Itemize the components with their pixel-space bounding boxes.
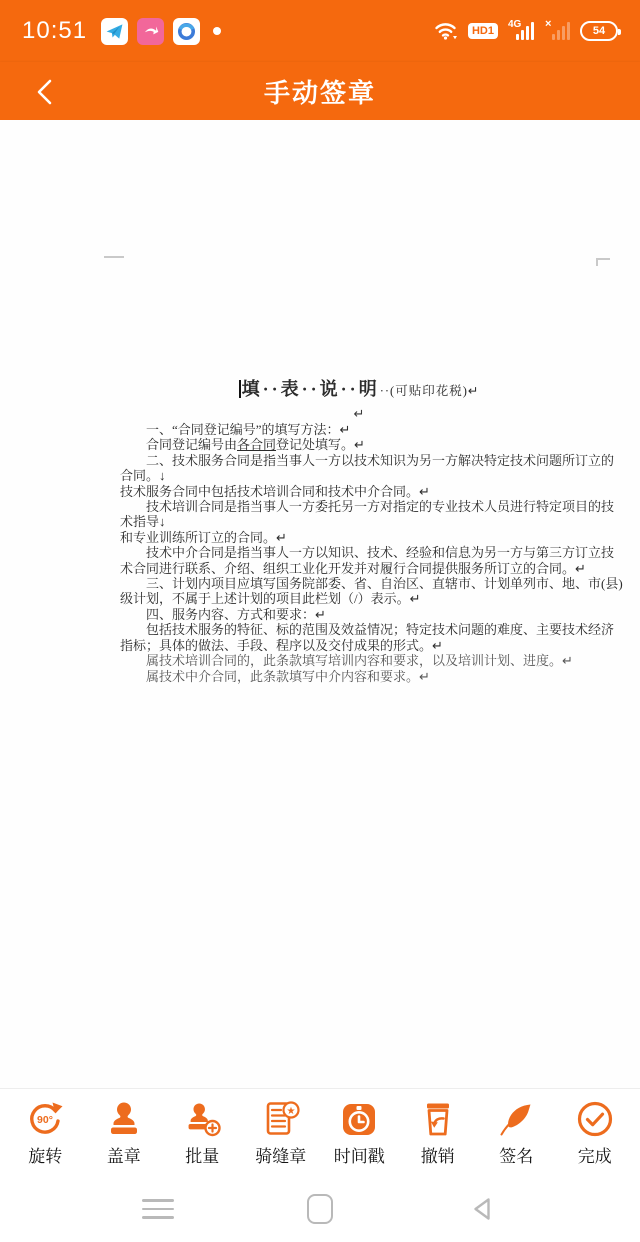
more-notifications-dot xyxy=(213,27,221,35)
page-corner-mark xyxy=(596,258,610,260)
undo-delete-icon xyxy=(418,1099,458,1139)
doc-line: 和专业训练所订立的合同。↵ xyxy=(120,530,598,545)
back-triangle-icon xyxy=(467,1194,497,1224)
document-title-note: ··(可贴印花税)↵ xyxy=(380,384,480,398)
rotate-90-icon: 90° xyxy=(25,1099,65,1139)
page-title: 手动签章 xyxy=(0,73,640,110)
wifi-icon xyxy=(434,21,458,41)
doc-line: 三、计划内项目应填写国务院部委、省、自治区、直辖市、计划单列市、地、市(县) xyxy=(120,576,598,591)
text-cursor xyxy=(239,380,241,398)
doc-line: 二、技术服务合同是指当事人一方以技术知识为另一方解决特定技术问题所订立的 xyxy=(120,453,598,468)
signature-icon xyxy=(496,1099,536,1139)
tool-label: 签名 xyxy=(499,1142,533,1167)
battery-icon: 54 xyxy=(580,21,618,41)
timestamp-button[interactable]: 时间戳 xyxy=(323,1099,395,1167)
timestamp-icon xyxy=(339,1099,379,1139)
home-icon xyxy=(307,1194,333,1224)
document-page[interactable]: 填··表··说··明··(可贴印花税)↵ ↵ 一、“合同登记编号”的填写方法：↵… xyxy=(0,120,640,1088)
doc-line: 合同登记编号由各合同登记处填写。↵ xyxy=(120,437,598,452)
android-back-button[interactable] xyxy=(460,1189,504,1229)
tool-label: 完成 xyxy=(578,1142,612,1167)
page-corner-mark xyxy=(104,256,124,258)
paragraph-mark: ↵ xyxy=(120,406,598,421)
document-title: 填··表··说··明 xyxy=(242,379,380,399)
tool-label: 旋转 xyxy=(28,1142,62,1167)
telegram-app-icon xyxy=(101,18,128,45)
android-nav-bar xyxy=(0,1176,640,1242)
done-button[interactable]: 完成 xyxy=(559,1099,631,1167)
sim2-no-signal-icon: × xyxy=(544,20,570,42)
batch-stamp-button[interactable]: 批量 xyxy=(166,1099,238,1167)
tool-label: 批量 xyxy=(185,1142,219,1167)
signature-button[interactable]: 签名 xyxy=(480,1099,552,1167)
stamp-button[interactable]: 盖章 xyxy=(88,1099,160,1167)
recents-button[interactable] xyxy=(136,1189,180,1229)
recents-icon xyxy=(142,1199,174,1219)
clock: 10:51 xyxy=(22,17,87,45)
status-bar: 10:51 HD1 4G xyxy=(0,0,640,62)
svg-text:★: ★ xyxy=(286,1105,295,1116)
rotate-button[interactable]: 90° 旋转 xyxy=(9,1099,81,1167)
doc-line: 合同。↓ xyxy=(120,468,598,483)
doc-line: 包括技术服务的特征、标的范围及效益情况；特定技术问题的难度、主要技术经济 xyxy=(120,622,598,637)
doc-line: 四、服务内容、方式和要求：↵ xyxy=(120,607,598,622)
doc-line: 术合同进行联系、介绍、组织工业化开发并对履行合同提供服务所订立的合同。↵ xyxy=(120,561,598,576)
tool-label: 撤销 xyxy=(421,1142,455,1167)
undo-button[interactable]: 撤销 xyxy=(402,1099,474,1167)
hd-voice-badge: HD1 xyxy=(468,23,498,39)
batch-stamp-icon xyxy=(182,1099,222,1139)
svg-text:90°: 90° xyxy=(37,1114,53,1126)
seam-stamp-icon: ★ xyxy=(261,1099,301,1139)
doc-line: 指标；具体的做法、手段、程序以及交付成果的形式。↵ xyxy=(120,638,598,653)
doc-line: 属技术中介合同，此条款填写中介内容和要求。↵ xyxy=(120,669,598,684)
back-button[interactable] xyxy=(24,70,68,114)
sim1-signal-icon: 4G xyxy=(508,20,534,42)
home-button[interactable] xyxy=(298,1189,342,1229)
stamp-icon xyxy=(104,1099,144,1139)
doc-line: 技术服务合同中包括技术培训合同和技术中介合同。↵ xyxy=(120,484,598,499)
seam-stamp-button[interactable]: ★ 骑缝章 xyxy=(245,1099,317,1167)
sign-toolbar: 90° 旋转 盖章 批量 xyxy=(0,1088,640,1176)
chevron-left-icon xyxy=(33,77,59,107)
tool-label: 骑缝章 xyxy=(255,1142,306,1167)
doc-line: 一、“合同登记编号”的填写方法：↵ xyxy=(120,422,598,437)
share-app-icon xyxy=(137,18,164,45)
status-indicators: HD1 4G × 54 xyxy=(434,20,618,42)
doc-line: 技术中介合同是指当事人一方以知识、技术、经验和信息为另一方与第三方订立技 xyxy=(120,545,598,560)
doc-line: 技术培训合同是指当事人一方委托另一方对指定的专业技术人员进行特定项目的技 xyxy=(120,499,598,514)
done-icon xyxy=(575,1099,615,1139)
document-text: 填··表··说··明··(可贴印花税)↵ ↵ 一、“合同登记编号”的填写方法：↵… xyxy=(120,376,598,684)
tool-label: 盖章 xyxy=(107,1142,141,1167)
document-title-row: 填··表··说··明··(可贴印花税)↵ xyxy=(120,376,598,404)
doc-line: 级计划，不属于上述计划的项目此栏划（/）表示。↵ xyxy=(120,591,598,606)
doc-line: 属技术培训合同的，此条款填写培训内容和要求，以及培训计划、进度。↵ xyxy=(120,653,598,668)
tool-label: 时间戳 xyxy=(334,1142,385,1167)
page-corner-mark xyxy=(596,258,598,266)
underlined-text: 各合同 xyxy=(237,437,276,452)
notification-icons xyxy=(101,18,221,45)
browser-app-icon xyxy=(173,18,200,45)
app-header: 手动签章 xyxy=(0,62,640,120)
doc-line: 术指导↓ xyxy=(120,514,598,529)
manual-sign-screen: 10:51 HD1 4G xyxy=(0,0,640,1242)
